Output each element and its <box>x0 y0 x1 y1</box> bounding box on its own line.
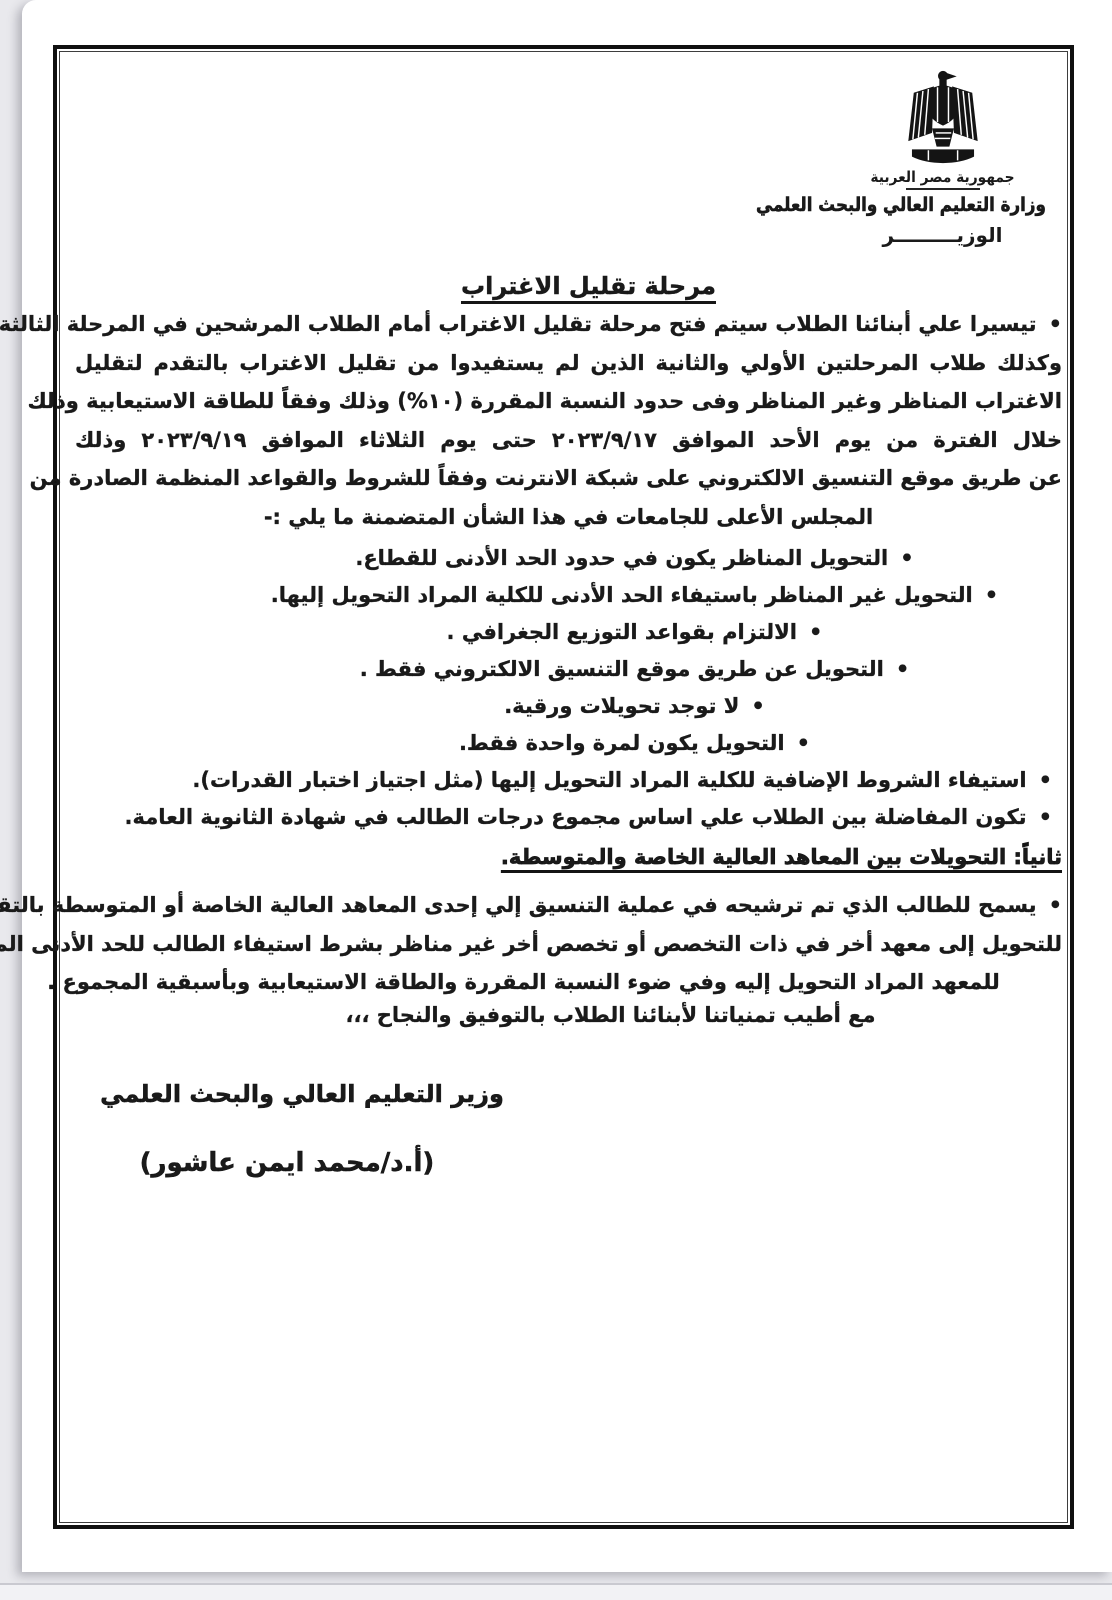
paragraph-line: للمعهد المراد التحويل إليه وفي ضوء النسب… <box>30 963 1017 1002</box>
ministry-name-calligraphy: وزارة التعليم العالي والبحث العلمي <box>839 194 1046 216</box>
list-item: •التحويل غير المناظر باستيفاء الحد الأدن… <box>217 577 1052 614</box>
list-item-text: التحويل يكون لمرة واحدة فقط. <box>459 731 785 755</box>
document-content: جمهورية مصر العربية وزارة التعليم العالي… <box>57 49 1070 1525</box>
paragraph-line: •تيسيرا علي أبنائنا الطلاب سيتم فتح مرحل… <box>75 305 1062 344</box>
closing-line: مع أطيب تمنياتنا لأبنائنا الطلاب بالتوفي… <box>117 1003 1104 1027</box>
bullet-dot: • <box>751 694 764 718</box>
section2-paragraph: •يسمح للطالب الذي تم ترشيحه في عملية الت… <box>75 886 1062 1002</box>
bullet-dot: • <box>985 583 998 607</box>
paragraph-line: الاغتراب المناظر وغير المناظر وفى حدود ا… <box>75 382 1062 421</box>
list-item-text: الالتزام بقواعد التوزيع الجغرافي . <box>447 620 797 644</box>
letterhead: جمهورية مصر العربية وزارة التعليم العالي… <box>825 68 1060 247</box>
list-item-text: التحويل عن طريق موقع التنسيق الالكتروني … <box>360 657 884 681</box>
list-item: •التحويل يكون لمرة واحدة فقط. <box>217 725 1052 762</box>
bullet-dot: • <box>1049 312 1062 336</box>
list-item: •الالتزام بقواعد التوزيع الجغرافي . <box>217 614 1052 651</box>
list-item: •استيفاء الشروط الإضافية للكلية المراد ا… <box>217 762 1052 799</box>
paragraph-text: تيسيرا علي أبنائنا الطلاب سيتم فتح مرحلة… <box>0 312 1037 336</box>
paragraph-line: •يسمح للطالب الذي تم ترشيحه في عملية الت… <box>75 886 1062 925</box>
list-item: •التحويل عن طريق موقع التنسيق الالكتروني… <box>217 651 1052 688</box>
list-item-text: استيفاء الشروط الإضافية للكلية المراد ال… <box>192 768 1026 792</box>
bullet-dot: • <box>900 546 913 570</box>
page-border-frame: جمهورية مصر العربية وزارة التعليم العالي… <box>53 45 1074 1529</box>
list-item: •لا توجد تحويلات ورقية. <box>217 688 1052 725</box>
section1-paragraph: •تيسيرا علي أبنائنا الطلاب سيتم فتح مرحل… <box>75 305 1062 536</box>
list-item-text: التحويل غير المناظر باستيفاء الحد الأدنى… <box>271 583 973 607</box>
scanned-document-background: { "document": { "header": { "republic_na… <box>0 0 1112 1600</box>
list-item-text: لا توجد تحويلات ورقية. <box>504 694 739 718</box>
signature-name: (أ.د/محمد ايمن عاشور) <box>67 1148 507 1178</box>
paragraph-text: يسمح للطالب الذي تم ترشيحه في عملية التن… <box>0 893 1037 917</box>
signature-role: وزير التعليم العالي والبحث العلمي <box>67 1080 537 1108</box>
paragraph-line: عن طريق موقع التنسيق الالكتروني على شبكة… <box>75 459 1062 498</box>
republic-name-calligraphy: جمهورية مصر العربية <box>834 168 1050 186</box>
paragraph-line: خلال الفترة من يوم الأحد الموافق ٢٠٢٣/٩/… <box>75 421 1062 460</box>
egypt-eagle-emblem-icon <box>901 68 985 165</box>
section2-heading: ثانياً: التحويلات بين المعاهد العالية ال… <box>75 845 1062 869</box>
list-item: •التحويل المناظر يكون في حدود الحد الأدن… <box>217 540 1052 577</box>
subject-title: مرحلة تقليل الاغتراب <box>82 272 1095 300</box>
paragraph-line: للتحويل إلى معهد أخر في ذات التخصص أو تخ… <box>75 925 1062 964</box>
bullet-dot: • <box>1039 805 1052 829</box>
bullet-dot: • <box>797 731 810 755</box>
bullet-dot: • <box>1039 768 1052 792</box>
bullet-dot: • <box>1049 893 1062 917</box>
bullet-dot: • <box>809 620 822 644</box>
paragraph-line: وكذلك طلاب المرحلتين الأولي والثانية الذ… <box>75 344 1062 383</box>
rules-list: •التحويل المناظر يكون في حدود الحد الأدن… <box>217 540 1052 836</box>
list-item-text: التحويل المناظر يكون في حدود الحد الأدنى… <box>355 546 888 570</box>
minister-title-label: الوزيـــــــــر <box>825 223 1060 247</box>
letterhead-divider-line <box>906 188 980 190</box>
list-item: •تكون المفاضلة بين الطلاب علي اساس مجموع… <box>217 799 1052 836</box>
scan-bottom-strip <box>0 1585 1112 1600</box>
list-item-text: تكون المفاضلة بين الطلاب علي اساس مجموع … <box>124 805 1026 829</box>
paragraph-line: المجلس الأعلى للجامعات في هذا الشأن المت… <box>75 498 1062 537</box>
document-page: جمهورية مصر العربية وزارة التعليم العالي… <box>22 0 1112 1572</box>
bullet-dot: • <box>896 657 909 681</box>
